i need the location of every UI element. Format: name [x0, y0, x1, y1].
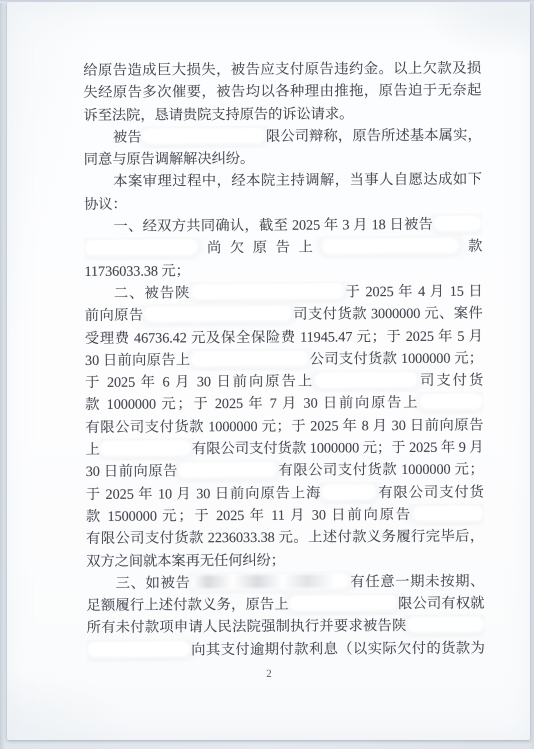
text-segment: 限公司辩称，原告所述基本属实， — [266, 127, 482, 144]
text-segment: 有限公司支付货款 2236033.38 元。上述付款义务履行完毕后， — [86, 529, 484, 547]
redaction-smudge — [144, 129, 264, 143]
text-segment: 于 2025 年 4 月 15 日 — [344, 284, 482, 301]
text-segment: 于 2025 年 6 月 30 日前向原告上 — [85, 374, 314, 391]
text-segment: 款 1500000 元；于 2025 年 11 月 30 日前向原告 — [86, 507, 412, 525]
text-segment: 前向原告 — [85, 308, 144, 324]
redaction-smudge — [323, 239, 457, 253]
document-line: 被告限公司辩称，原告所述基本属实， — [84, 124, 482, 149]
text-segment: 有限公司支付货款 1000000 元；于 2025 年 9 月 — [192, 440, 484, 458]
redaction-smudge — [409, 618, 483, 631]
redaction-smudge — [102, 441, 190, 455]
document-line: 二、被告陕于 2025 年 4 月 15 日 — [85, 281, 483, 306]
document-line: 诉至法院，恳请贵院支持原告的诉讼请求。 — [83, 102, 481, 127]
redaction-smudge — [323, 485, 375, 498]
document-line: 上有限公司支付货款 1000000 元；于 2025 年 9 月 — [85, 437, 483, 462]
document-line: 有限公司支付货款 1000000 元；于 2025 年 8 月 30 日前向原告 — [85, 414, 483, 439]
document-line: 所有未付款项申请人民法院强制执行并要求被告陕 — [87, 615, 485, 640]
text-segment: 款 — [459, 239, 482, 255]
document-line: 款 1500000 元；于 2025 年 11 月 30 日前向原告 — [86, 503, 484, 528]
text-segment: 30 日前向原告 — [86, 464, 178, 481]
document-line: 双方之间就本案再无任何纠纷； — [86, 548, 484, 573]
redaction-smudge — [193, 574, 348, 588]
text-segment: 协议： — [84, 196, 127, 212]
redaction-smudge — [421, 395, 481, 408]
text-segment: 公司支付货款 1000000 元； — [309, 350, 483, 367]
text-segment: 于 2025 年 10 月 30 日前向原告上海 — [86, 485, 322, 502]
redaction-smudge — [192, 284, 342, 298]
redaction-smudge — [89, 642, 189, 656]
document-line: 协议： — [84, 191, 482, 216]
text-segment: 上 — [85, 442, 99, 458]
redaction-smudge — [435, 217, 480, 230]
paper-sheet: 给原告造成巨大损失，被告应支付原告违约金。以上欠款及损失经原告多次催要，被告均以… — [7, 2, 530, 740]
text-segment: 司支付货款 3000000 元、案件 — [293, 306, 483, 323]
document-line: 向其支付逾期付款利息（以实际欠付的货款为基 — [87, 637, 485, 662]
text-segment: 双方之间就本案再无任何纠纷； — [86, 552, 285, 569]
document-line: 于 2025 年 6 月 30 日前向原告上司支付货 — [85, 370, 483, 395]
text-segment: 11736033.38 元； — [84, 263, 189, 280]
text-segment: 二、被告陕 — [114, 285, 191, 301]
text-segment: 尚欠原告上 — [198, 240, 321, 257]
photo-background: 给原告造成巨大损失，被告应支付原告违约金。以上欠款及损失经原告多次催要，被告均以… — [0, 0, 534, 749]
document-line: 款 1000000 元；于 2025 年 7 月 30 日前向原告上 — [85, 392, 483, 417]
document-line: 有限公司支付货款 2236033.38 元。上述付款义务履行完毕后， — [86, 526, 484, 551]
text-segment: 限公司有权就 — [398, 596, 485, 613]
document-line: 于 2025 年 10 月 30 日前向原告上海有限公司支付货 — [86, 481, 484, 506]
text-segment: 一、经双方共同确认，截至 2025 年 3 月 18 日被告 — [113, 217, 433, 235]
redaction-smudge — [192, 351, 307, 365]
text-segment: 有限公司支付货款 1000000 元；于 2025 年 8 月 30 日前向原告 — [85, 417, 483, 435]
text-segment: 司支付货 — [418, 373, 483, 389]
document-line: 30 日前向原告上公司支付货款 1000000 元； — [85, 347, 483, 372]
redaction-smudge — [291, 596, 396, 610]
page-number: 2 — [257, 668, 281, 680]
redaction-smudge — [180, 463, 276, 477]
text-segment: 款 1000000 元；于 2025 年 7 月 30 日前向原告上 — [85, 395, 419, 413]
document-line: 前向原告司支付货款 3000000 元、案件 — [85, 303, 483, 328]
redaction-smudge — [86, 241, 196, 255]
document-line: 尚欠原告上款 — [84, 236, 482, 261]
text-segment: 被告 — [113, 130, 142, 146]
redaction-smudge — [414, 506, 482, 519]
text-segment: 失经原告多次催要，被告均以各种理由推拖，原告迫于无奈起 — [83, 83, 481, 101]
text-segment: 30 日前向原告上 — [85, 352, 190, 369]
document-line: 受理费 46736.42 元及保全保险费 11945.47 元；于 2025 年… — [85, 325, 483, 350]
text-segment: 诉至法院，恳请贵院支持原告的诉讼请求。 — [83, 106, 353, 124]
text-segment: 给原告造成巨大损失，被告应支付原告违约金。以上欠款及损 — [83, 61, 481, 79]
text-segment: 本案审理过程中，经本院主持调解，当事人自愿达成如下 — [113, 172, 482, 190]
document-line: 足额履行上述付款义务，原告上限公司有权就 — [86, 593, 484, 618]
text-segment: 有任意一期未按期、 — [350, 573, 485, 590]
text-segment: 足额履行上述付款义务，原告上 — [86, 597, 288, 614]
document-line: 一、经双方共同确认，截至 2025 年 3 月 18 日被告 — [84, 214, 482, 239]
document-line: 11736033.38 元； — [84, 258, 482, 283]
text-segment: 所有未付款项申请人民法院强制执行并要求被告陕 — [87, 618, 407, 636]
text-segment: 有限公司支付货款 1000000 元； — [278, 462, 484, 479]
document-line: 失经原告多次催要，被告均以各种理由推拖，原告迫于无奈起 — [83, 80, 481, 105]
redaction-smudge — [146, 307, 291, 321]
document-line: 同意与原告调解解决纠纷。 — [84, 147, 482, 172]
document-line: 给原告造成巨大损失，被告应支付原告违约金。以上欠款及损 — [83, 58, 481, 83]
text-segment: 受理费 46736.42 元及保全保险费 11945.47 元；于 2025 年… — [85, 328, 483, 346]
document-line: 本案审理过程中，经本院主持调解，当事人自愿达成如下 — [84, 169, 482, 194]
text-segment: 同意与原告调解解决纠纷。 — [84, 151, 254, 168]
document-body: 给原告造成巨大损失，被告应支付原告违约金。以上欠款及损失经原告多次催要，被告均以… — [83, 58, 485, 662]
text-segment: 三、如被告 — [116, 575, 191, 591]
document-line: 30 日前向原告有限公司支付货款 1000000 元； — [86, 459, 484, 484]
document-line: 三、如被告有任意一期未按期、 — [86, 570, 484, 595]
text-segment: 有限公司支付货 — [377, 484, 484, 501]
redaction-smudge — [316, 373, 416, 387]
